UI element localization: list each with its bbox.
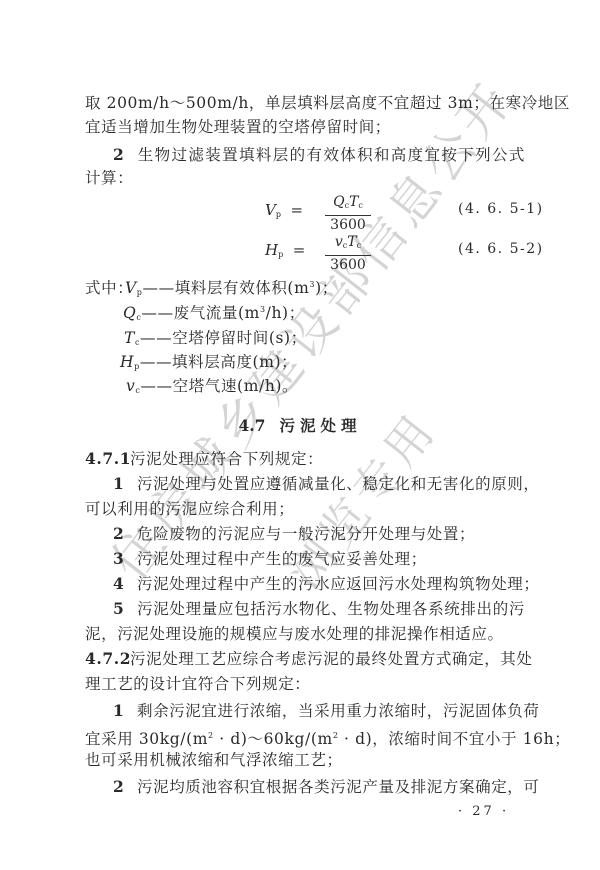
paragraph-line: 也可采用机械浓缩和气浮浓缩工艺； [85, 750, 525, 770]
clause-number: 4.7.2 [85, 649, 130, 669]
list-item-4: 4污泥处理过程中产生的污水应返回污水处理构筑物处理； [113, 574, 525, 594]
equation-number: (4. 6. 5-2) [458, 241, 544, 257]
equation-lhs: Vp = [265, 201, 303, 219]
clause-number: 4.7.1 [85, 449, 130, 469]
list-item-1: 1污泥处理与处置应遵循减量化、稳定化和无害化的原则， [113, 474, 525, 494]
clause-4-7-1: 4.7.1污泥处理应符合下列规定： [85, 449, 525, 469]
clause-text: 污泥处理应符合下列规定： [130, 450, 323, 468]
clause-4-7-2: 4.7.2污泥处理工艺应综合考虑污泥的最终处置方式确定，其处 [85, 649, 525, 669]
list-item-2: 2生物过滤装置填料层的有效体积和高度宜按下列公式 [113, 145, 525, 165]
paragraph-line: 计算： [85, 168, 525, 188]
paragraph-line: 理工艺的设计宜符合下列规定： [85, 674, 525, 694]
clause-text: 污泥处理工艺应综合考虑污泥的最终处置方式确定，其处 [130, 650, 533, 668]
definition-tc: Tc——空塔停留时间(s)； [124, 326, 307, 348]
list-item-3: 3污泥处理过程中产生的废气应妥善处理； [113, 549, 525, 569]
definition-qc: Qc——废气流量(m3/h)； [123, 301, 305, 323]
equation-lhs: Hp = [265, 241, 305, 259]
item-number: 2 [113, 145, 137, 165]
paragraph-line: 宜适当增加生物处理装置的空塔停留时间； [85, 117, 525, 137]
list-item-2: 2危险废物的污泥应与一般污泥分开处理与处置； [113, 524, 525, 544]
equation-fraction: QcTc 3600 [325, 193, 371, 234]
definition-hp: Hp——填料层高度(m)； [120, 350, 297, 372]
page-number: · 27 · [458, 804, 509, 819]
document-page: 住房城乡建设部信息公开 浏览专用 取 200m/h～500m/h，单层填料层高度… [0, 0, 600, 870]
paragraph-line: 可以利用的污泥应综合利用； [85, 499, 525, 519]
section-heading: 4.7污泥处理 [0, 414, 600, 436]
paragraph-line: 取 200m/h～500m/h，单层填料层高度不宜超过 3m；在寒冷地区 [85, 93, 525, 113]
list-item-5: 5污泥处理量应包括污水物化、生物处理各系统排出的污 [113, 599, 525, 619]
equation-number: (4. 6. 5-1) [458, 201, 544, 217]
equation-fraction: vcTc 3600 [325, 233, 371, 274]
paragraph-line: 宜采用 30kg/(m2 · d)～60kg/(m2 · d)，浓缩时间不宜小于… [85, 726, 525, 749]
list-item-2: 2污泥均质池容积宜根据各类污泥产量及排泥方案确定，可 [113, 777, 525, 797]
item-text: 生物过滤装置填料层的有效体积和高度宜按下列公式 [137, 146, 525, 164]
list-item-1: 1剩余污泥宜进行浓缩，当采用重力浓缩时，污泥固体负荷 [113, 701, 525, 721]
definition-vp: Vp——填料层有效体积(m3)； [125, 276, 338, 298]
definition-vc: vc——空塔气速(m/h)。 [126, 374, 298, 396]
paragraph-line: 泥，污泥处理设施的规模应与废水处理的排泥操作相适应。 [85, 624, 525, 644]
